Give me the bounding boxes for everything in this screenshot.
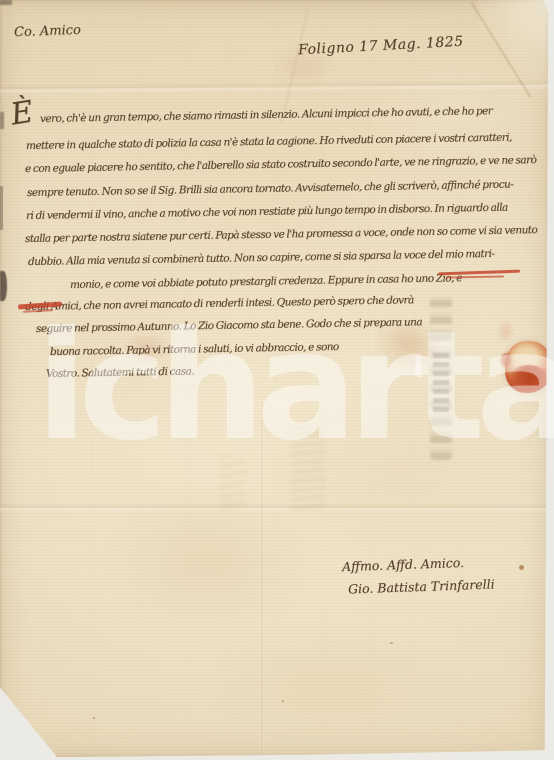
edge-shadow-mark: [0, 112, 4, 129]
speck: [16, 719, 19, 722]
edge-shadow-mark: [0, 0, 12, 5]
letter-line: Vostro. Salutatemi tutti di casa.: [46, 365, 194, 380]
scanned-letter: Co. Amico Foligno 17 Mag. 1825 È vero, c…: [0, 0, 554, 760]
wax-seal-smudge: [497, 318, 515, 344]
letter-paper: Co. Amico Foligno 17 Mag. 1825 È vero, c…: [0, 0, 548, 757]
postmark-bleedthrough-dark: [433, 350, 449, 412]
docket-note: Co. Amico: [14, 23, 81, 40]
edge-shadow-mark: [0, 186, 3, 230]
edge-tear-mark: [0, 271, 7, 301]
